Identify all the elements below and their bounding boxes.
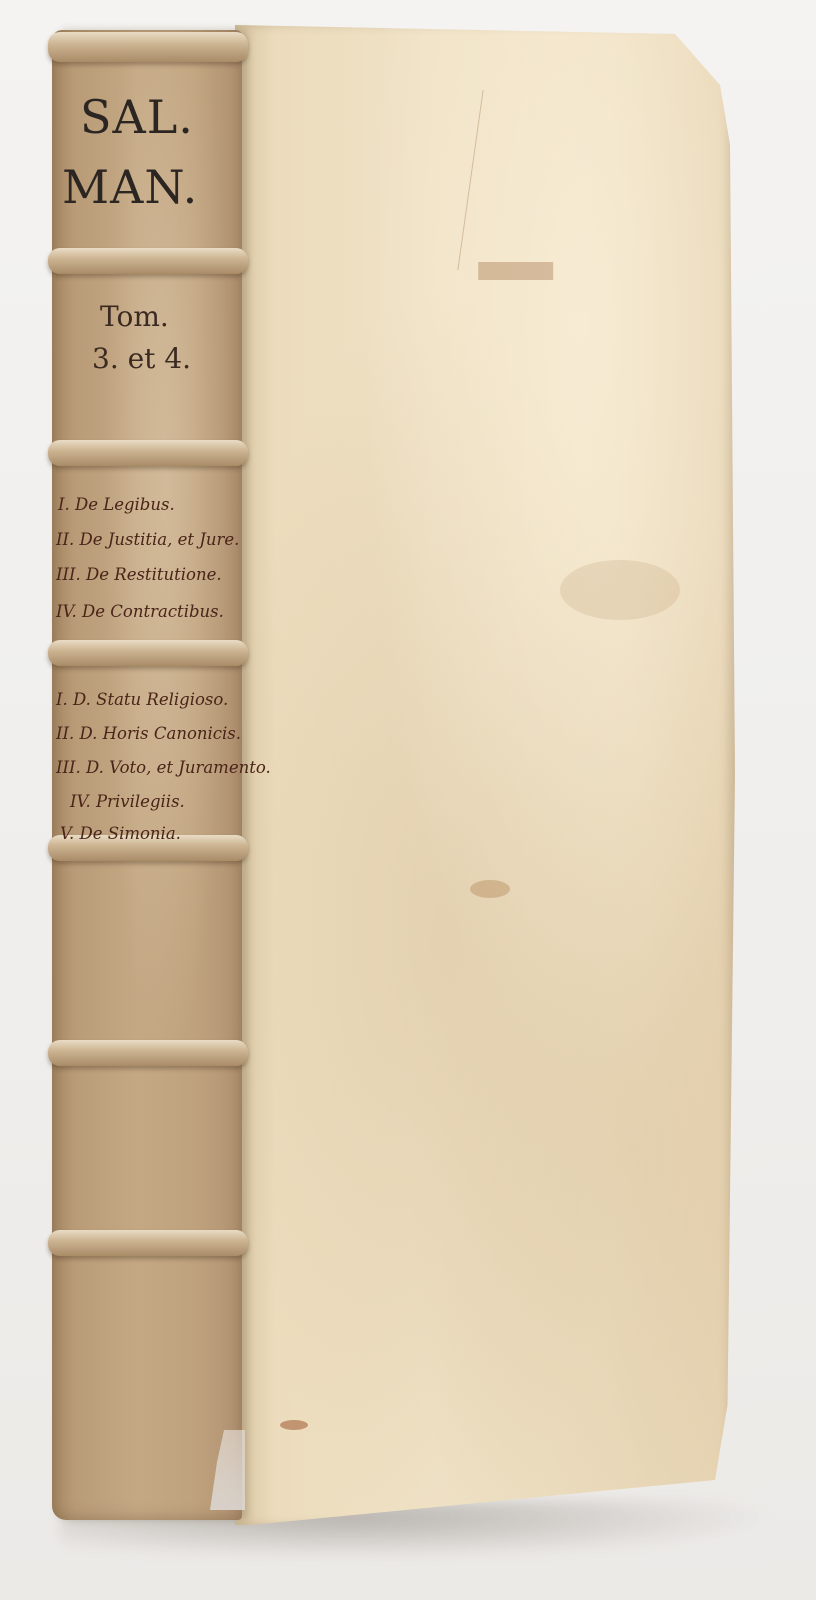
spine-raised-band <box>48 440 248 466</box>
spine-title-line-1: SAL. <box>80 90 194 144</box>
spine-raised-band <box>48 248 248 274</box>
spine-entry: IV. De Contractibus. <box>56 602 224 621</box>
cover-stain <box>470 880 510 898</box>
spine-entry: IV. Privilegiis. <box>70 792 185 811</box>
spine-title-line-2: MAN. <box>62 160 198 214</box>
cover-stain <box>280 1420 308 1430</box>
spine-raised-band <box>48 1040 248 1066</box>
spine-volume-label: Tom. <box>100 300 169 333</box>
spine-entry: V. De Simonia. <box>60 824 181 843</box>
spine-raised-band <box>48 640 248 666</box>
spine-volume-numbers: 3. et 4. <box>92 342 191 375</box>
spine-entry: II. D. Horis Canonicis. <box>56 724 241 743</box>
spine-entry: III. De Restitutione. <box>56 565 222 584</box>
spine-entry: I. D. Statu Religioso. <box>56 690 228 709</box>
spine-entry: II. De Justitia, et Jure. <box>56 530 239 549</box>
spine-headcap <box>48 32 248 62</box>
spine-entry: I. De Legibus. <box>58 495 175 514</box>
book-photo: SAL. MAN. Tom. 3. et 4. I. De Legibus. I… <box>0 0 816 1600</box>
cover-stain <box>560 560 680 620</box>
spine-entry: III. D. Voto, et Juramento. <box>56 758 271 777</box>
spine-raised-band <box>48 1230 248 1256</box>
